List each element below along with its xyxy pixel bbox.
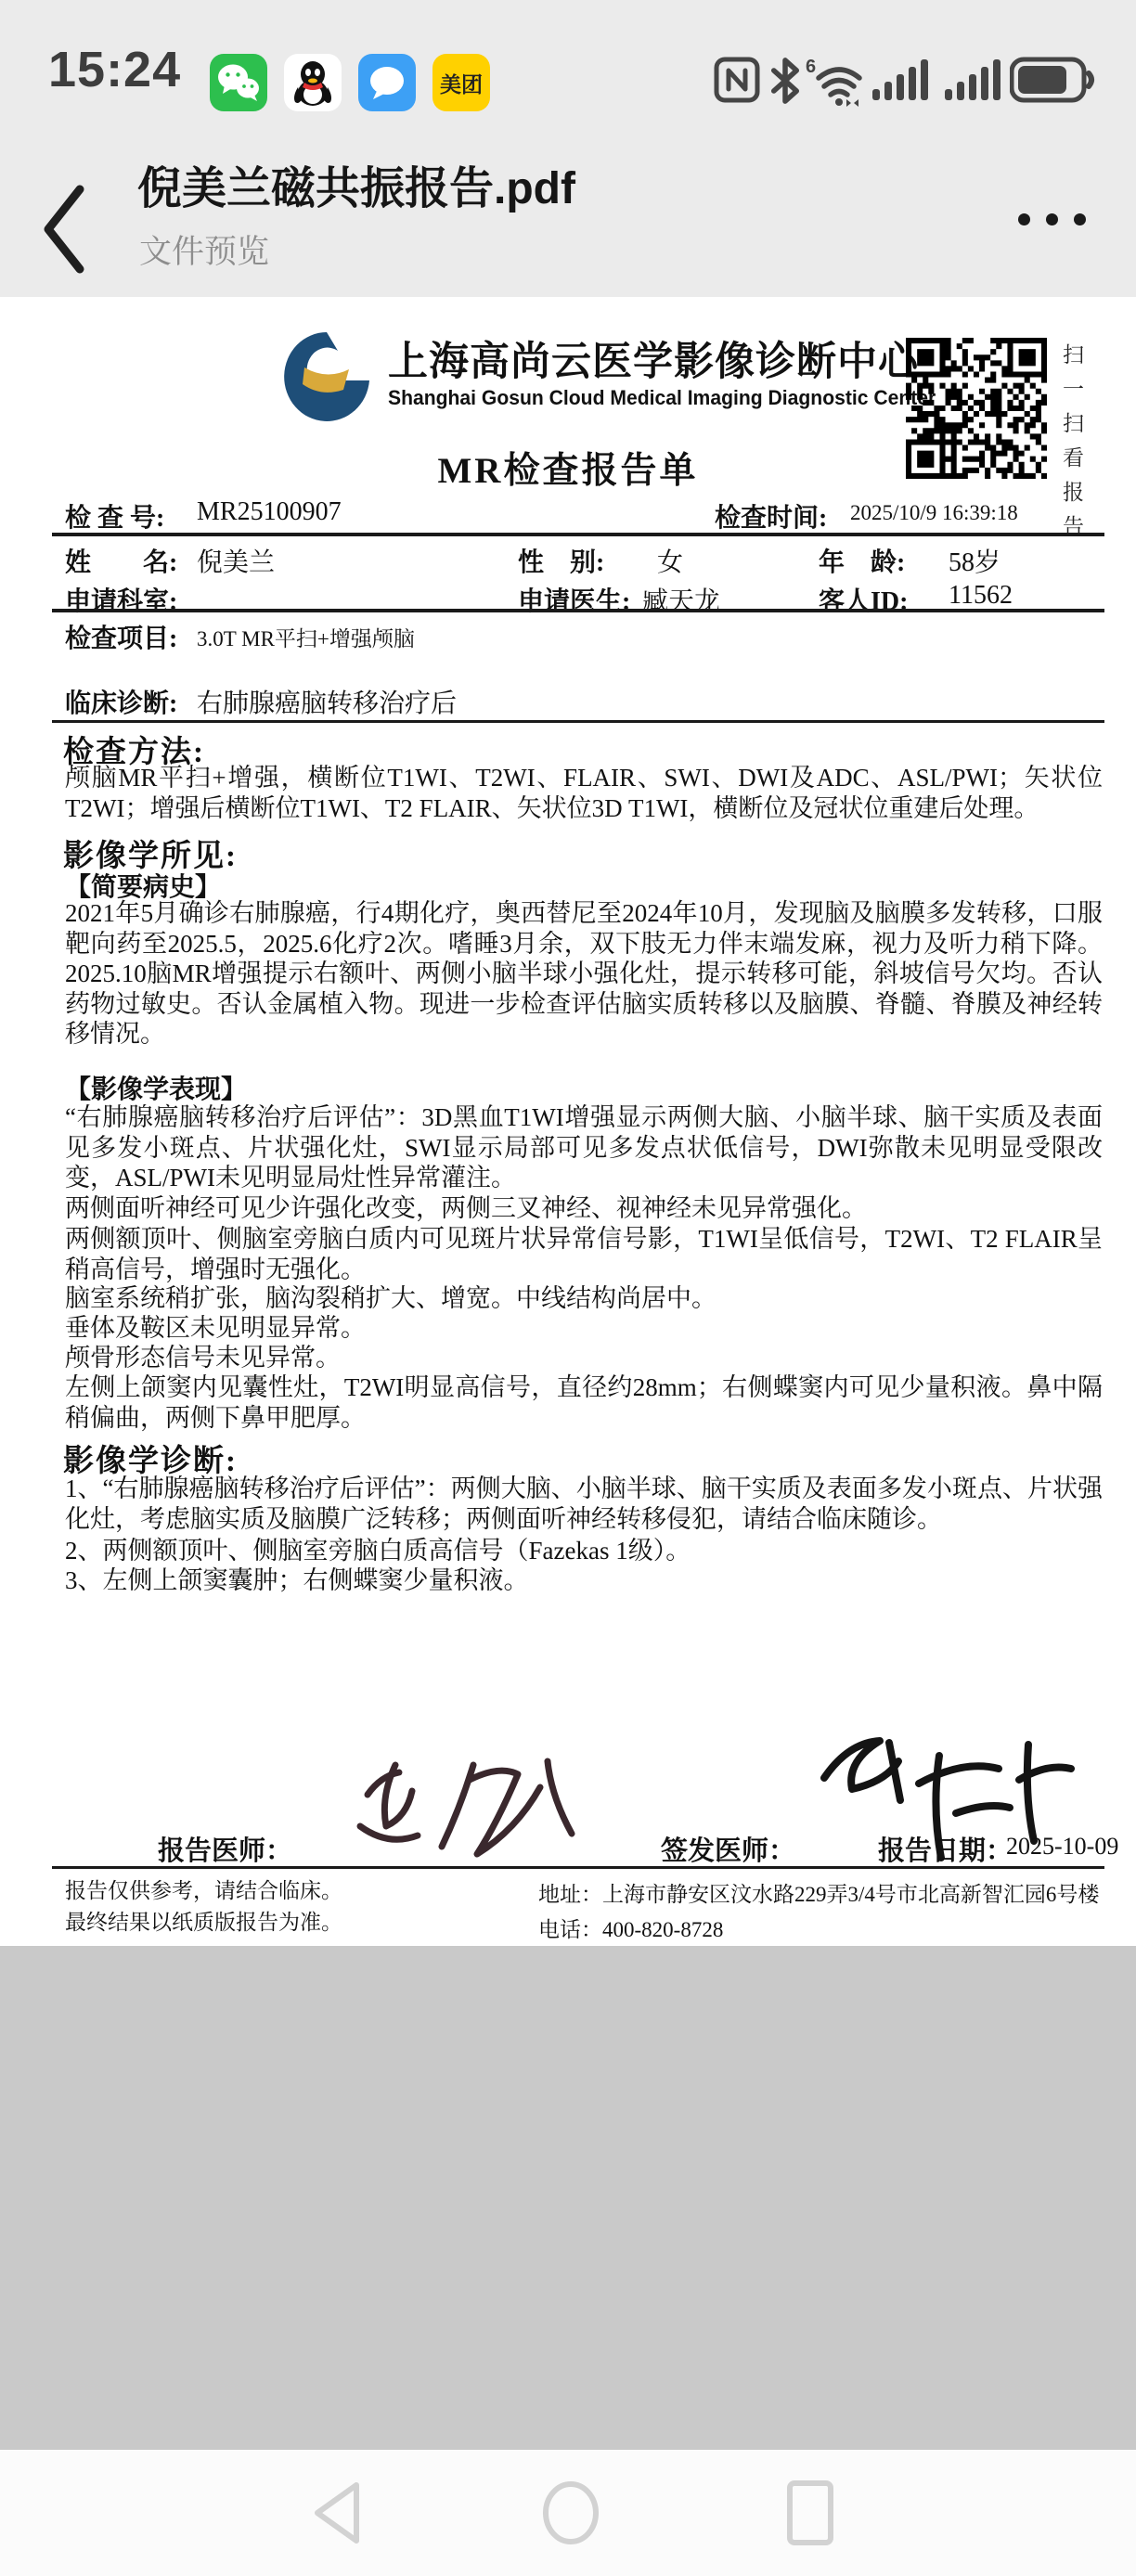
name-value: 倪美兰 (197, 542, 275, 579)
clinic-address: 地址：上海市静安区汶水路229弄3/4号市北高新智汇园6号楼 (538, 1880, 1099, 1909)
meituan-icon: 美团 (432, 54, 490, 111)
address-value: 上海市静安区汶水路229弄3/4号市北高新智汇园6号楼 (602, 1883, 1099, 1906)
report-date-value: 2025-10-09 (1006, 1833, 1118, 1861)
phone-value: 400-820-8728 (602, 1918, 723, 1941)
phone-screen: 15:24 (0, 0, 1136, 2576)
diagnosis-item: 1、“右肺腺癌脑转移治疗后评估”：两侧大脑、小脑半球、脑干实质及表面多发小斑点、… (65, 1474, 1103, 1534)
field-row-name: 姓 名: 倪美兰 性 别: 女 年 龄: 58岁 (0, 542, 1136, 579)
system-nav-bar (0, 2450, 1136, 2576)
gender-label: 性 别: (518, 542, 604, 579)
doctor-label: 申请医生: (518, 581, 630, 618)
nav-home-button[interactable] (529, 2476, 613, 2550)
findings-paragraph: 脑室系统稍扩张，脑沟裂稍扩大、增宽。中线结构尚居中。 (65, 1283, 1103, 1314)
dept-label: 申请科室: (65, 581, 177, 618)
nav-back-button[interactable] (299, 2476, 382, 2550)
clinic-phone: 电话：400-820-8728 (538, 1915, 723, 1944)
wechat-icon (210, 54, 267, 111)
exam-item-label: 检查项目: (65, 618, 177, 655)
disclaimer-line: 最终结果以纸质版报告为准。 (65, 1908, 342, 1937)
status-time: 15:24 (48, 41, 181, 98)
imaging-findings-tag: 【影像学表现】 (65, 1069, 247, 1106)
doctor-value: 臧天龙 (642, 581, 720, 618)
guest-id-label: 客人ID: (819, 581, 908, 618)
issuing-doctor-label: 签发医师： (661, 1830, 795, 1868)
more-options-button[interactable] (1007, 195, 1100, 251)
findings-paragraph: 颅骨形态信号未见异常。 (65, 1343, 1103, 1373)
clinic-logo (284, 330, 369, 423)
signature-row: 报告医师： 签发医师： 报告日期： 2025-10-09 (0, 1830, 1136, 1867)
clinical-dx-label: 临床诊断: (65, 683, 177, 720)
signal-icon (872, 56, 930, 104)
clinical-dx-value: 右肺腺癌脑转移治疗后 (197, 683, 457, 720)
meituan-label: 美团 (440, 68, 483, 98)
signal-icon (945, 56, 1002, 104)
report-title: MR检查报告单 (0, 442, 1136, 494)
exam-no-value: MR25100907 (197, 497, 342, 527)
report-date-label: 报告日期： (878, 1830, 1013, 1868)
back-button[interactable] (26, 176, 100, 278)
messages-icon (358, 54, 416, 111)
findings-paragraph: 两侧额顶叶、侧脑室旁脑白质内可见斑片状异常信号影，T1WI呈低信号，T2WI、T… (65, 1224, 1103, 1284)
file-preview-label: 文件预览 (139, 226, 269, 273)
diagnosis-item: 3、左侧上颌窦囊肿；右侧蝶窦少量积液。 (65, 1565, 1103, 1596)
method-body: 颅脑MR平扫+增强，横断位T1WI、T2WI、FLAIR、SWI、DWI及ADC… (65, 763, 1103, 823)
bluetooth-icon (767, 56, 804, 106)
findings-paragraph: 左侧上颌窦内见囊性灶，T2WI明显高信号，直径约28mm；右侧蝶窦内可见少量积液… (65, 1372, 1103, 1433)
guest-id-value: 11562 (949, 581, 1013, 611)
disclaimer-line: 报告仅供参考，请结合临床。 (65, 1876, 342, 1905)
phone-label: 电话： (538, 1918, 602, 1941)
field-row-dept: 申请科室: 申请医生: 臧天龙 客人ID: 11562 (0, 581, 1136, 618)
wifi6-icon: 6 (806, 56, 867, 108)
age-label: 年 龄: (819, 542, 905, 579)
address-label: 地址： (538, 1883, 602, 1906)
reporting-doctor-label: 报告医师： (158, 1830, 292, 1868)
field-row-item: 检查项目: 3.0T MR平扫+增强颅脑 (0, 618, 1136, 655)
svg-text:6: 6 (806, 57, 816, 77)
nfc-icon (713, 56, 761, 104)
status-bar: 15:24 (0, 0, 1136, 121)
age-value: 58岁 (949, 542, 1000, 579)
pdf-page[interactable]: 上海高尚云医学影像诊断中心 Shanghai Gosun Cloud Medic… (0, 297, 1136, 1946)
battery-icon (1010, 56, 1099, 104)
clinic-name-en: Shanghai Gosun Cloud Medical Imaging Dia… (388, 386, 936, 410)
name-label: 姓 名: (65, 542, 177, 579)
exam-time-value: 2025/10/9 16:39:18 (850, 501, 1018, 525)
findings-paragraph: 两侧面听神经可见少许强化改变，两侧三叉神经、视神经未见异常强化。 (65, 1193, 1103, 1224)
diagnosis-item: 2、两侧额顶叶、侧脑室旁脑白质高信号（Fazekas 1级）。 (65, 1536, 1103, 1566)
field-row-exam-no: 检 查 号: MR25100907 检查时间: 2025/10/9 16:39:… (0, 497, 1136, 535)
gender-value: 女 (657, 542, 683, 579)
findings-paragraph: “右肺腺癌脑转移治疗后评估”：3D黑血T1WI增强显示两侧大脑、小脑半球、脑干实… (65, 1102, 1103, 1193)
history-paragraph: 2021年5月确诊右肺腺癌，行4期化疗，奥西替尼至2024年10月，发现脑及脑膜… (65, 898, 1103, 1050)
file-preview-header: 倪美兰磁共振报告.pdf 文件预览 (0, 121, 1136, 297)
nav-recents-button[interactable] (768, 2476, 852, 2550)
clinic-name-cn: 上海高尚云医学影像诊断中心 (388, 330, 919, 387)
exam-item-value: 3.0T MR平扫+增强颅脑 (197, 622, 415, 652)
exam-time-label: 检查时间: (715, 497, 827, 535)
findings-paragraph: 垂体及鞍区未见明显异常。 (65, 1313, 1103, 1344)
file-title: 倪美兰磁共振报告.pdf (137, 152, 575, 216)
exam-no-label: 检 查 号: (65, 497, 164, 535)
field-row-clinical-dx: 临床诊断: 右肺腺癌脑转移治疗后 (0, 683, 1136, 720)
qq-icon (284, 54, 342, 111)
page-background-area (0, 1946, 1136, 2450)
